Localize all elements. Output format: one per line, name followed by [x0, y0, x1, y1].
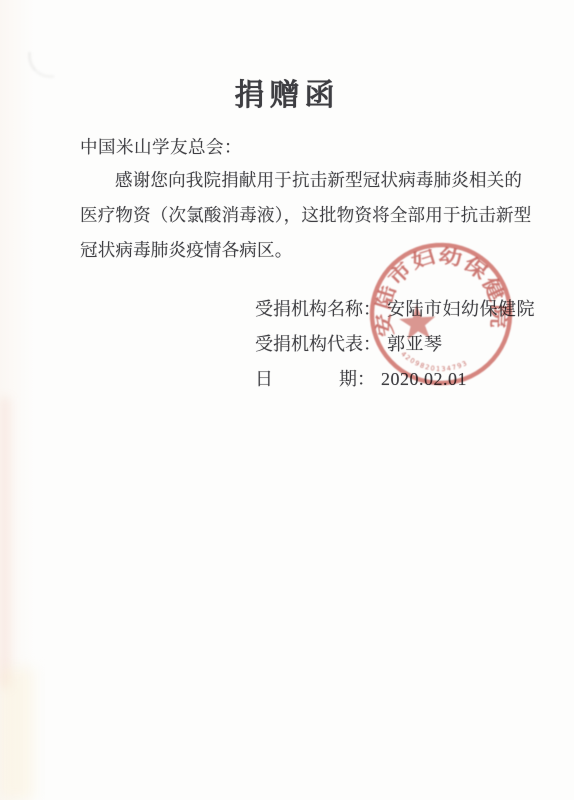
- representative-row: 受捐机构代表：郭亚琴: [255, 330, 443, 356]
- scan-edge-artifact: [0, 668, 34, 800]
- body-paragraph-line: 感谢您向我院捐献用于抗击新型冠状病毒肺炎相关的: [115, 167, 522, 192]
- scanned-letter-page: 捐赠函 中国米山学友总会： 感谢您向我院捐献用于抗击新型冠状病毒肺炎相关的 医疗…: [0, 0, 574, 800]
- seal-arc-text: 安陆市妇幼保健院: [366, 239, 512, 339]
- date-label-second-part: 期：: [339, 365, 375, 391]
- document-title: 捐赠函: [0, 70, 574, 114]
- date-label: 日期：: [255, 365, 375, 391]
- recipient-name-row: 受捐机构名称：安陆市妇幼保健院: [255, 295, 535, 321]
- salutation-line: 中国米山学友总会：: [80, 134, 242, 159]
- date-row: 日期：2020.02.01: [255, 365, 467, 391]
- representative-value: 郭亚琴: [387, 330, 443, 356]
- body-paragraph-line: 冠状病毒肺炎疫情各病区。: [80, 237, 292, 262]
- date-value: 2020.02.01: [381, 369, 467, 390]
- recipient-name-label: 受捐机构名称：: [255, 295, 381, 321]
- recipient-name-value: 安陆市妇幼保健院: [387, 295, 535, 321]
- date-label-first-char: 日: [255, 365, 273, 391]
- body-paragraph-line: 医疗物资（次氯酸消毒液），这批物资将全部用于抗击新型: [80, 202, 531, 227]
- representative-label: 受捐机构代表：: [255, 330, 381, 356]
- scan-edge-artifact: [0, 398, 10, 688]
